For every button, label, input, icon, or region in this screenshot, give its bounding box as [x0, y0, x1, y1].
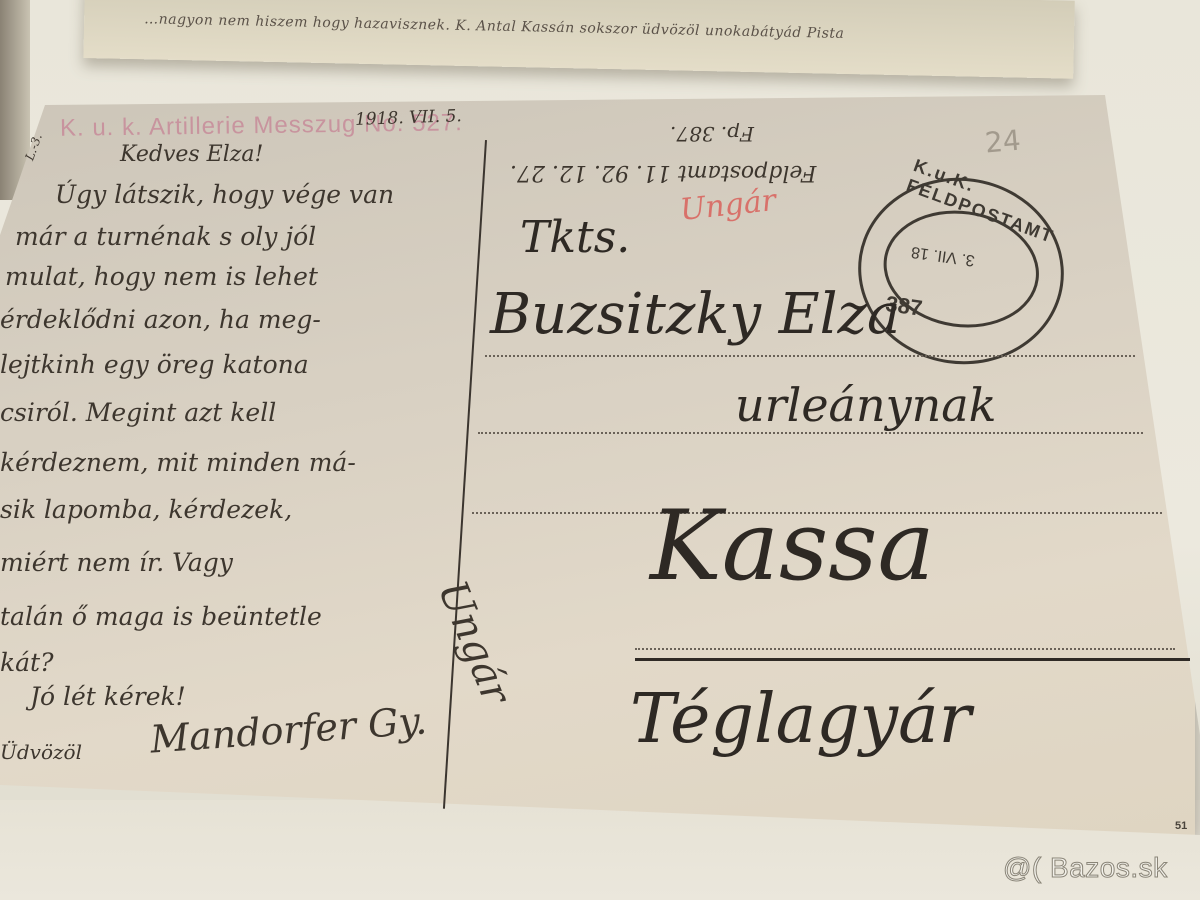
printer-number: 51: [1175, 820, 1187, 832]
message-line: kérdeznem, mit minden má-: [0, 448, 356, 477]
message-line: érdeklődni azon, ha meg-: [0, 305, 321, 334]
message-line: Úgy látszik, hogy vége van: [55, 180, 394, 209]
address-line-1: [485, 355, 1135, 357]
top-card-handwriting: …nagyon nem hiszem hogy hazavisznek. K. …: [144, 11, 1064, 46]
date-note: 1918. VII. 5.: [355, 106, 462, 130]
address-name: Buzsitzky Elza: [490, 282, 900, 347]
message-line: lejtkinh egy öreg katona: [0, 350, 309, 379]
address-title: Tkts.: [520, 212, 630, 263]
message-line: sik lapomba, kérdezek,: [0, 495, 292, 524]
message-line: már a turnénak s oly jól: [15, 222, 316, 251]
address-line-2: [478, 432, 1143, 434]
upside-down-note: Feldpostamt 11. 92. 12. 27.: [510, 160, 816, 185]
message-line: talán ő maga is beüntetle: [0, 602, 322, 631]
message-closing: Üdvözöl: [0, 740, 82, 764]
upside-down-note: Fp. 387.: [670, 122, 754, 146]
message-line: csiról. Megint azt kell: [0, 398, 276, 427]
bazos-watermark: @( Bazos.sk: [1003, 852, 1168, 884]
address-street: Téglagyár: [630, 680, 971, 759]
greeting: Kedves Elza!: [120, 142, 263, 167]
city-underline: [635, 658, 1190, 661]
message-line: mulat, hogy nem is lehet: [5, 262, 318, 291]
address-line-4: [635, 648, 1175, 650]
message-line: Jó lét kérek!: [30, 682, 186, 711]
pencil-number: 24: [984, 124, 1022, 160]
top-postcard: …nagyon nem hiszem hogy hazavisznek. K. …: [83, 0, 1074, 79]
address-city: Kassa: [650, 490, 935, 602]
address-honorific: urleánynak: [735, 378, 997, 432]
message-line: miért nem ír. Vagy: [0, 548, 233, 577]
message-line: kát?: [0, 648, 54, 677]
